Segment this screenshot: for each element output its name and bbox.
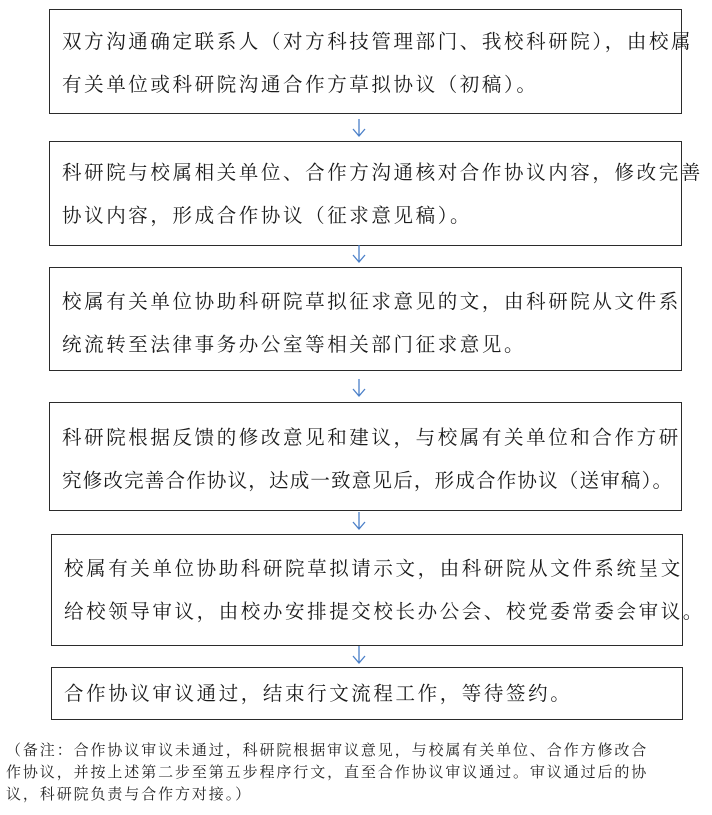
flow-step-5-line-1: 校属有关单位协助科研院草拟请示文，由科研院从文件系统呈文	[64, 547, 672, 590]
flow-step-5: 校属有关单位协助科研院草拟请示文，由科研院从文件系统呈文 给校领导审议，由校办安…	[51, 534, 683, 646]
remark-line-1: （备注：合作协议审议未通过，科研院根据审议意见，与校属有关单位、合作方修改合	[6, 739, 710, 761]
flow-step-2-text: 科研院与校属相关单位、合作方沟通核对合作协议内容，修改完善 协议内容，形成合作协…	[62, 151, 671, 237]
flow-step-2-line-1: 科研院与校属相关单位、合作方沟通核对合作协议内容，修改完善	[62, 151, 671, 194]
flow-step-6-text: 合作协议审议通过，结束行文流程工作，等待签约。	[64, 672, 672, 715]
flow-step-2: 科研院与校属相关单位、合作方沟通核对合作协议内容，修改完善 协议内容，形成合作协…	[49, 141, 682, 246]
flow-step-1-line-2: 有关单位或科研院沟通合作方草拟协议（初稿）。	[62, 63, 671, 106]
flow-step-5-line-2: 给校领导审议，由校办安排提交校长办公会、校党委常委会审议。	[64, 590, 672, 633]
flow-step-1-text: 双方沟通确定联系人（对方科技管理部门、我校科研院），由校属 有关单位或科研院沟通…	[62, 20, 671, 106]
flow-step-2-line-2: 协议内容，形成合作协议（征求意见稿）。	[62, 194, 671, 237]
flow-step-4-line-1: 科研院根据反馈的修改意见和建议，与校属有关单位和合作方研	[62, 416, 671, 459]
flow-step-6-line-1: 合作协议审议通过，结束行文流程工作，等待签约。	[64, 672, 672, 715]
remark-line-3: 议，科研院负责与合作方对接。）	[6, 783, 710, 805]
flow-step-3-text: 校属有关单位协助科研院草拟征求意见的文，由科研院从文件系 统流转至法律事务办公室…	[62, 280, 671, 366]
flow-step-5-text: 校属有关单位协助科研院草拟请示文，由科研院从文件系统呈文 给校领导审议，由校办安…	[64, 547, 672, 633]
flow-step-1: 双方沟通确定联系人（对方科技管理部门、我校科研院），由校属 有关单位或科研院沟通…	[49, 9, 682, 114]
flow-step-3-line-2: 统流转至法律事务办公室等相关部门征求意见。	[62, 323, 671, 366]
flow-step-1-line-1: 双方沟通确定联系人（对方科技管理部门、我校科研院），由校属	[62, 20, 671, 63]
flow-step-4-line-2: 究修改完善合作协议，达成一致意见后，形成合作协议（送审稿）。	[62, 459, 671, 502]
flow-step-4: 科研院根据反馈的修改意见和建议，与校属有关单位和合作方研 究修改完善合作协议，达…	[49, 402, 682, 511]
remark-note: （备注：合作协议审议未通过，科研院根据审议意见，与校属有关单位、合作方修改合 作…	[6, 739, 710, 805]
down-arrow-icon	[352, 244, 366, 264]
down-arrow-icon	[352, 645, 366, 665]
flow-step-3: 校属有关单位协助科研院草拟征求意见的文，由科研院从文件系 统流转至法律事务办公室…	[49, 267, 682, 371]
down-arrow-icon	[352, 118, 366, 138]
down-arrow-icon	[352, 511, 366, 531]
flow-step-4-text: 科研院根据反馈的修改意见和建议，与校属有关单位和合作方研 究修改完善合作协议，达…	[62, 416, 671, 502]
flow-step-3-line-1: 校属有关单位协助科研院草拟征求意见的文，由科研院从文件系	[62, 280, 671, 323]
down-arrow-icon	[352, 378, 366, 398]
remark-line-2: 作协议，并按上述第二步至第五步程序行文，直至合作协议审议通过。审议通过后的协	[6, 761, 710, 783]
flow-step-6: 合作协议审议通过，结束行文流程工作，等待签约。	[51, 667, 683, 720]
